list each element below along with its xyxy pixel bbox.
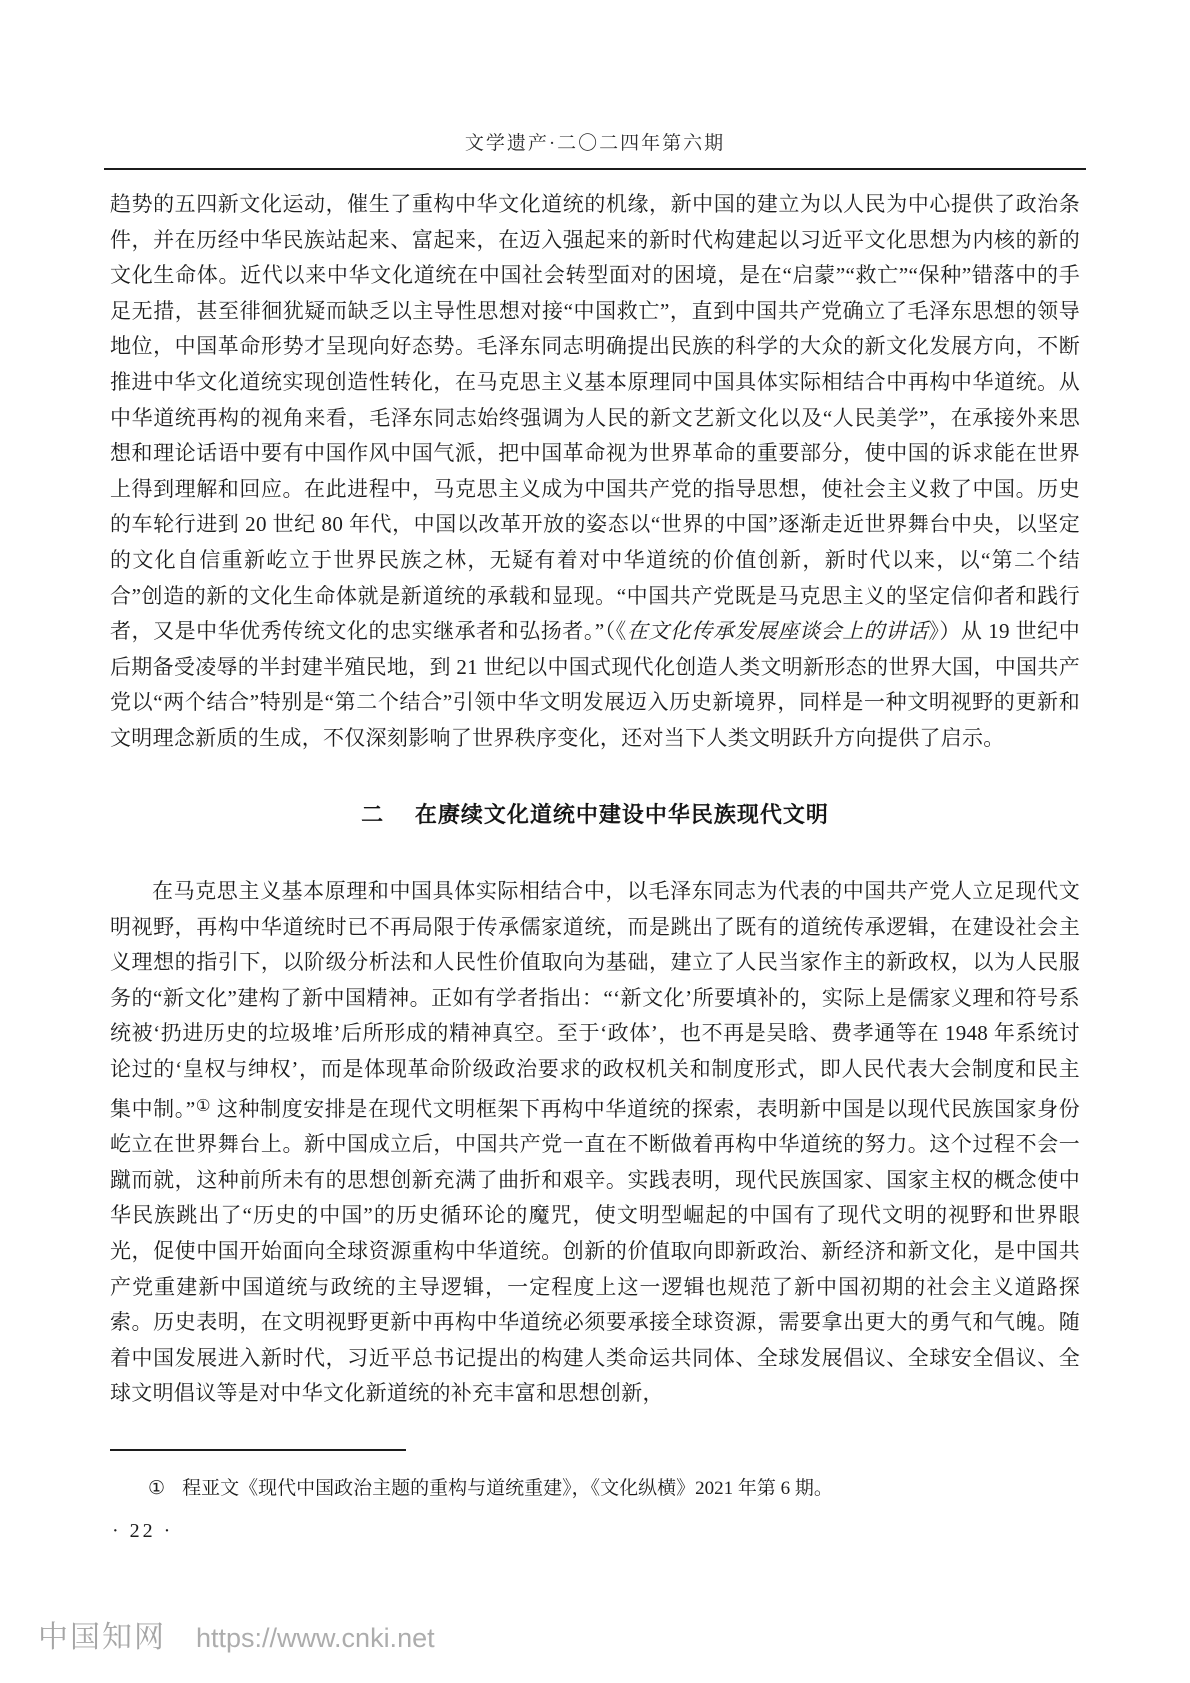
footnote-text: 程亚文《现代中国政治主题的重构与道统重建》，《文化纵横》2021 年第 6 期。 (182, 1478, 833, 1499)
footnote-divider-rule (110, 1449, 406, 1451)
body-paragraph-1: 趋势的五四新文化运动，催生了重构中华文化道统的机缘，新中国的建立为以人民为中心提… (110, 187, 1080, 757)
body-paragraph-2: 在马克思主义基本原理和中国具体实际相结合中，以毛泽东同志为代表的中国共产党人立足… (110, 874, 1080, 1412)
cnki-watermark: 中国知网 https://www.cnki.net (38, 1612, 435, 1656)
journal-header: 文学遗产·二〇二四年第六期 (0, 128, 1190, 155)
section-number: 二 (361, 802, 384, 827)
cnki-url-text: https://www.cnki.net (196, 1623, 435, 1654)
footnote-marker: ① (148, 1478, 165, 1499)
header-divider-rule (104, 168, 1086, 170)
section-heading: 二在赓续文化道统中建设中华民族现代文明 (110, 797, 1080, 833)
footnote: ①程亚文《现代中国政治主题的重构与道统重建》，《文化纵横》2021 年第 6 期… (110, 1474, 1080, 1504)
article-body: 趋势的五四新文化运动，催生了重构中华文化道统的机缘，新中国的建立为以人民为中心提… (110, 187, 1080, 1412)
journal-page: 文学遗产·二〇二四年第六期 趋势的五四新文化运动，催生了重构中华文化道统的机缘，… (0, 0, 1190, 1683)
cnki-brand-text: 中国知网 (38, 1612, 166, 1656)
page-number: · 22 · (112, 1520, 173, 1543)
section-title: 在赓续文化道统中建设中华民族现代文明 (415, 802, 829, 827)
